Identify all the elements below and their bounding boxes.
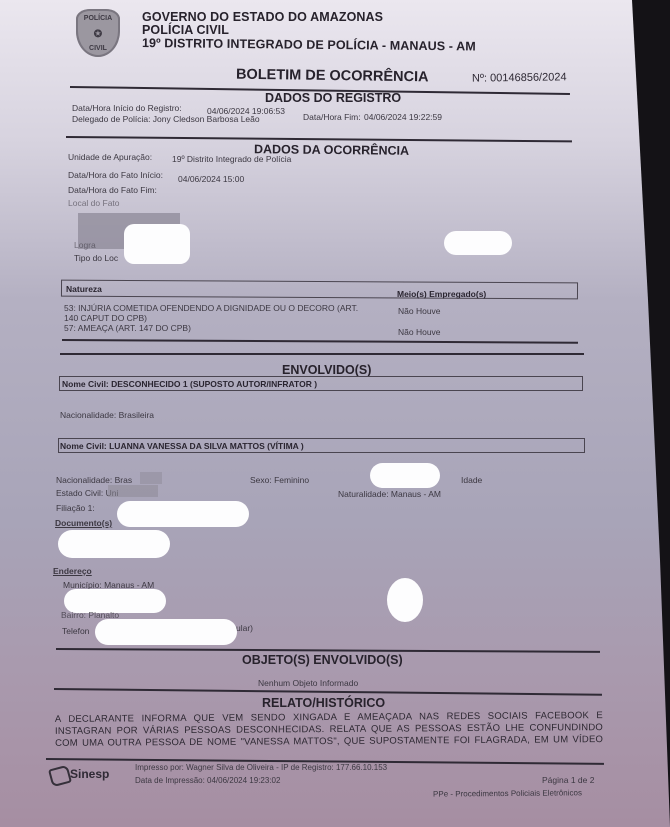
document-page: POLÍCIA ✪ CIVIL GOVERNO DO ESTADO DO AMA… xyxy=(0,0,670,827)
pessoa1-nacionalidade: Nacionalidade: Brasileira xyxy=(60,410,154,420)
natureza-row-2-meio: Não Houve xyxy=(398,327,441,337)
section-heading-objetos: OBJETO(S) ENVOLVIDO(S) xyxy=(242,653,403,667)
section-heading-registro: DADOS DO REGISTRO xyxy=(265,91,401,105)
pessoa2-naturalidade: Naturalidade: Manaus - AM xyxy=(338,489,441,499)
footer-sistema: PPe - Procedimentos Policiais Eletrônico… xyxy=(433,788,582,798)
relato-line: COM UMA OUTRA PESSOA DE NOME "VANESSA MA… xyxy=(55,734,603,750)
divider xyxy=(66,136,572,142)
header-district: 19º DISTRITO INTEGRADO DE POLÍCIA - MANA… xyxy=(142,36,476,53)
redaction-overlay xyxy=(95,619,237,645)
sinesp-logo-text: Sinesp xyxy=(70,767,109,781)
pessoa2-endereco-heading: Endereço xyxy=(53,566,92,576)
natureza-row-1-cont: 140 CAPUT DO CPB) xyxy=(64,313,147,323)
footer-impresso-por: Impresso por: Wagner Silva de Oliveira -… xyxy=(135,763,387,772)
registro-fim-label: Data/Hora Fim: xyxy=(303,112,361,122)
section-heading-envolvidos: ENVOLVIDO(S) xyxy=(282,363,371,377)
badge-text-bottom: CIVIL xyxy=(76,45,120,52)
footer-data-impressao: Data de Impressão: 04/06/2024 19:23:02 xyxy=(135,776,280,785)
pessoa2-nacionalidade: Nacionalidade: Bras xyxy=(56,475,132,485)
divider xyxy=(54,688,602,696)
pessoa2-telefone: Telefon xyxy=(62,626,89,636)
pessoa2-name: Nome Civil: LUANNA VANESSA DA SILVA MATT… xyxy=(60,441,304,451)
unidade-value: 19º Distrito Integrado de Polícia xyxy=(172,154,291,164)
registro-inicio-label: Data/Hora Início do Registro: xyxy=(72,103,182,113)
footer-pagina: Página 1 de 2 xyxy=(542,775,594,785)
relato-text: A DECLARANTE INFORMA QUE VEM SENDO XINGA… xyxy=(55,710,603,750)
redaction-overlay xyxy=(370,463,440,488)
document-title: BOLETIM DE OCORRÊNCIA xyxy=(236,67,429,86)
pessoa2-idade: Idade xyxy=(461,475,482,485)
redaction-overlay xyxy=(58,530,170,558)
natureza-row-2: 57: AMEAÇA (ART. 147 DO CPB) xyxy=(64,323,191,333)
logradouro-label: Logra xyxy=(74,240,96,250)
divider xyxy=(60,353,584,355)
fato-inicio-label: Data/Hora do Fato Início: xyxy=(68,170,163,180)
redaction-overlay xyxy=(444,231,512,255)
pessoa2-documentos-heading: Documento(s) xyxy=(55,518,112,528)
sinesp-logo-icon xyxy=(48,765,72,788)
divider xyxy=(62,339,578,343)
fato-inicio-value: 04/06/2024 15:00 xyxy=(178,174,244,184)
natureza-col-label: Natureza xyxy=(66,284,102,294)
fato-fim-label: Data/Hora do Fato Fim: xyxy=(68,185,157,195)
redaction-overlay xyxy=(117,501,249,527)
document-number: Nº: 00146856/2024 xyxy=(472,71,567,84)
pessoa2-telefone-tail: ular) xyxy=(236,623,253,633)
registro-fim-value: 04/06/2024 19:22:59 xyxy=(364,112,442,122)
pessoa1-name: Nome Civil: DESCONHECIDO 1 (SUPOSTO AUTO… xyxy=(62,379,317,389)
police-badge-icon: POLÍCIA ✪ CIVIL xyxy=(76,9,120,57)
pixelated-redaction xyxy=(108,485,158,497)
local-label: Local do Fato xyxy=(68,198,120,208)
badge-text-top: POLÍCIA xyxy=(76,15,120,22)
natureza-row-1-meio: Não Houve xyxy=(398,306,441,316)
natureza-row-1: 53: INJÚRIA COMETIDA OFENDENDO A DIGNIDA… xyxy=(64,303,358,313)
pessoa2-sexo: Sexo: Feminino xyxy=(250,475,309,485)
redaction-overlay xyxy=(387,578,423,622)
header-government: GOVERNO DO ESTADO DO AMAZONAS xyxy=(142,10,383,24)
section-heading-relato: RELATO/HISTÓRICO xyxy=(262,696,385,710)
tipo-local-label: Tipo do Loc xyxy=(74,253,118,263)
pessoa2-filiacao: Filiação 1: xyxy=(56,503,95,513)
delegado: Delegado de Polícia: Jony Cledson Barbos… xyxy=(72,114,260,124)
objetos-value: Nenhum Objeto Informado xyxy=(258,678,358,688)
header-agency: POLÍCIA CIVIL xyxy=(142,23,229,37)
natureza-header-box xyxy=(61,280,578,300)
redaction-overlay xyxy=(124,224,190,264)
meio-col-label: Meio(s) Empregado(s) xyxy=(397,289,486,299)
pixelated-redaction xyxy=(140,472,162,484)
unidade-label: Unidade de Apuração: xyxy=(68,152,152,162)
